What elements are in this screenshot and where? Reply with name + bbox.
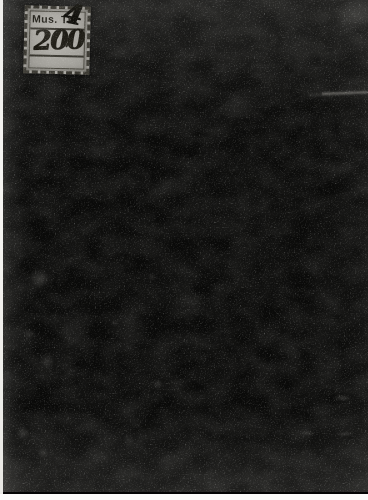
call-number-row: 200 — [30, 29, 85, 57]
scan-page: Mus. Th. 200 4 — [0, 0, 368, 500]
book-cover: Mus. Th. 200 4 — [3, 0, 368, 494]
label-footer — [29, 56, 83, 68]
shelfmark-label: Mus. Th. 200 4 — [23, 5, 91, 75]
scan-edge-bottom — [0, 494, 368, 500]
scratch-mark — [322, 91, 368, 95]
